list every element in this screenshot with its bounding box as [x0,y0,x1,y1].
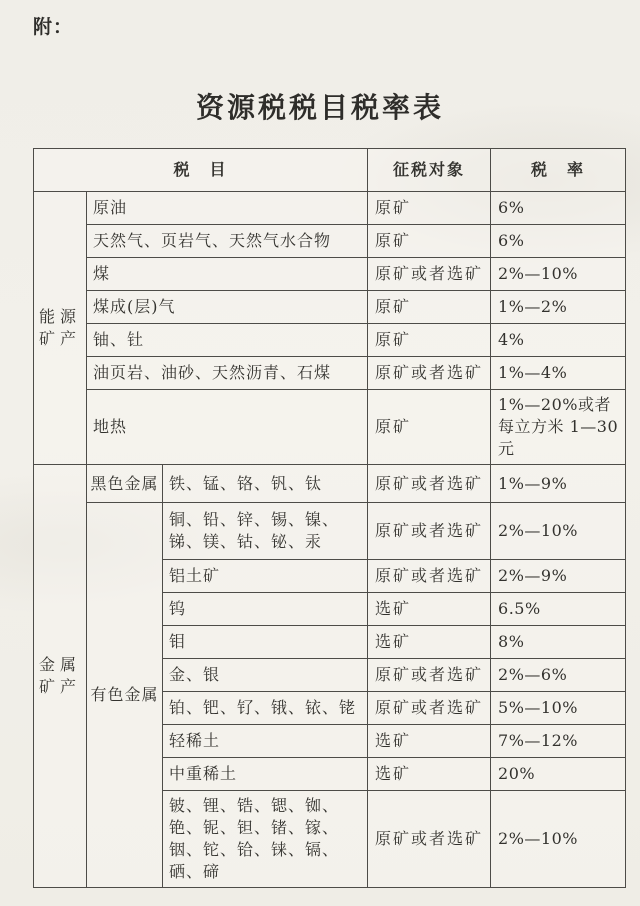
table-row: 地热 原矿 1%—20%或者每立方米 1—30 元 [34,390,626,465]
tax-rate: 4% [491,324,626,357]
subcategory-nonferrous-metals: 有色金属 [87,503,163,888]
table-row: 油页岩、油砂、天然沥青、石煤 原矿或者选矿 1%—4% [34,357,626,390]
tax-item: 天然气、页岩气、天然气水合物 [87,225,368,258]
tax-object: 原矿 [368,291,491,324]
tax-rate: 5%—10% [491,692,626,725]
tax-rate: 6.5% [491,593,626,626]
tax-item: 轻稀土 [163,725,368,758]
tax-item: 煤成(层)气 [87,291,368,324]
table-row: 能源矿产 原油 原矿 6% [34,192,626,225]
tax-object: 原矿或者选矿 [368,357,491,390]
resource-tax-rate-table: 税 目 征税对象 税 率 能源矿产 原油 原矿 6% 天然气、页岩气、天然气水合… [33,148,626,888]
tax-rate: 1%—20%或者每立方米 1—30 元 [491,390,626,465]
tax-rate: 2%—6% [491,659,626,692]
attachment-label: 附： [33,12,73,39]
tax-object: 选矿 [368,593,491,626]
tax-item: 铀、钍 [87,324,368,357]
tax-rate: 1%—2% [491,291,626,324]
tax-object: 选矿 [368,758,491,791]
table-row: 煤 原矿或者选矿 2%—10% [34,258,626,291]
tax-item: 钨 [163,593,368,626]
tax-object: 原矿或者选矿 [368,560,491,593]
tax-item: 铂、钯、钌、锇、铱、铑 [163,692,368,725]
tax-object: 原矿或者选矿 [368,692,491,725]
table-row: 天然气、页岩气、天然气水合物 原矿 6% [34,225,626,258]
table-row: 有色金属 铜、铅、锌、锡、镍、锑、镁、钴、铋、汞 原矿或者选矿 2%—10% [34,503,626,560]
tax-rate: 20% [491,758,626,791]
tax-rate: 2%—10% [491,503,626,560]
tax-item: 铜、铅、锌、锡、镍、锑、镁、钴、铋、汞 [163,503,368,560]
tax-object: 选矿 [368,626,491,659]
tax-rate: 1%—9% [491,465,626,503]
tax-object: 选矿 [368,725,491,758]
category-energy-minerals: 能源矿产 [34,192,87,465]
tax-object: 原矿 [368,192,491,225]
tax-item: 中重稀土 [163,758,368,791]
tax-item: 铁、锰、铬、钒、钛 [163,465,368,503]
tax-object: 原矿或者选矿 [368,465,491,503]
category-metal-minerals: 金属矿产 [34,465,87,888]
tax-item: 钼 [163,626,368,659]
tax-item: 铍、锂、锆、锶、铷、铯、铌、钽、锗、镓、铟、铊、铪、铼、镉、硒、碲 [163,791,368,888]
tax-object: 原矿或者选矿 [368,791,491,888]
tax-rate: 2%—9% [491,560,626,593]
table-row: 铀、钍 原矿 4% [34,324,626,357]
tax-rate: 6% [491,225,626,258]
tax-object: 原矿 [368,390,491,465]
tax-item: 地热 [87,390,368,465]
table-row: 金属矿产 黑色金属 铁、锰、铬、钒、钛 原矿或者选矿 1%—9% [34,465,626,503]
tax-rate: 7%—12% [491,725,626,758]
tax-rate: 6% [491,192,626,225]
header-tax-rate: 税 率 [491,149,626,192]
tax-item: 油页岩、油砂、天然沥青、石煤 [87,357,368,390]
header-tax-object: 征税对象 [368,149,491,192]
tax-object: 原矿 [368,225,491,258]
tax-rate: 2%—10% [491,258,626,291]
header-tax-item: 税 目 [34,149,368,192]
tax-item: 金、银 [163,659,368,692]
page-title: 资源税税目税率表 [0,86,640,126]
tax-rate: 8% [491,626,626,659]
tax-object: 原矿或者选矿 [368,258,491,291]
tax-item: 煤 [87,258,368,291]
subcategory-ferrous-metals: 黑色金属 [87,465,163,503]
tax-rate: 2%—10% [491,791,626,888]
tax-object: 原矿 [368,324,491,357]
table-header-row: 税 目 征税对象 税 率 [34,149,626,192]
tax-object: 原矿或者选矿 [368,659,491,692]
table-row: 煤成(层)气 原矿 1%—2% [34,291,626,324]
tax-item: 原油 [87,192,368,225]
tax-item: 铝土矿 [163,560,368,593]
tax-object: 原矿或者选矿 [368,503,491,560]
tax-rate: 1%—4% [491,357,626,390]
